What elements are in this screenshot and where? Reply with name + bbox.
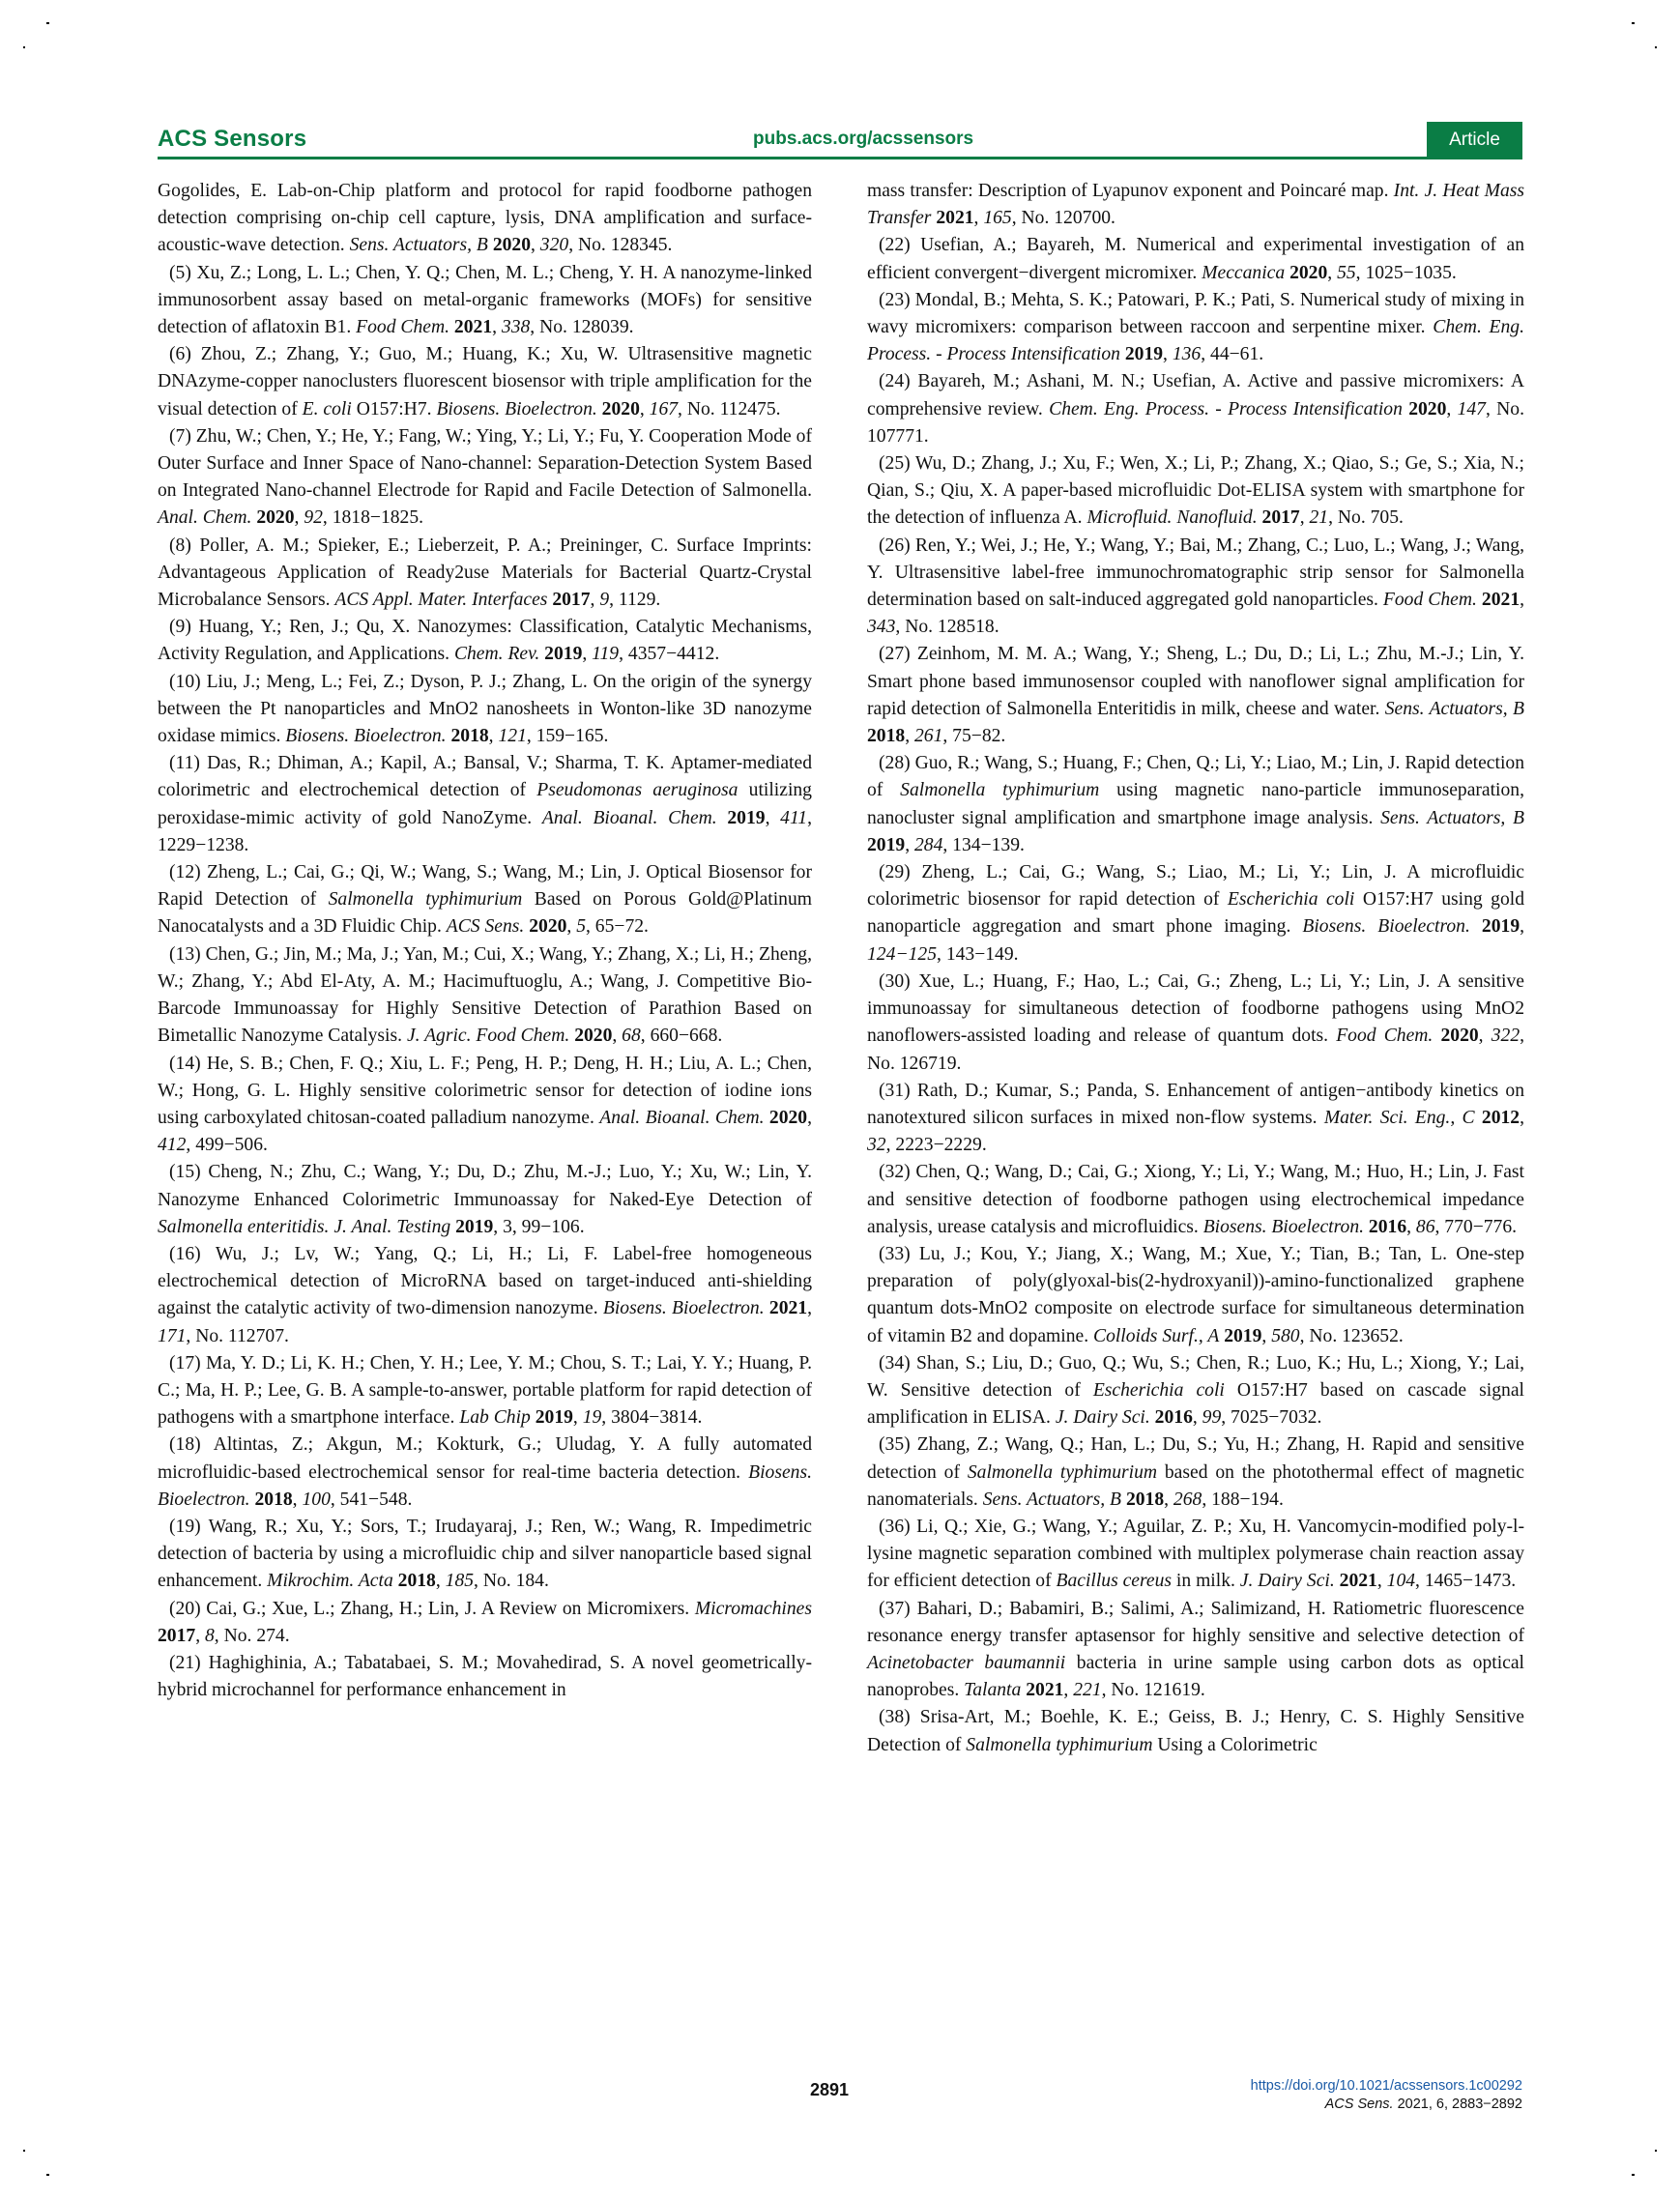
citation-line: ACS Sens. 2021, 6, 2883−2892 bbox=[1325, 2097, 1522, 2112]
bold-year: 2021 bbox=[454, 317, 492, 337]
italic-text: 21 bbox=[1310, 507, 1329, 528]
italic-text: 185 bbox=[446, 1571, 474, 1591]
reference-text bbox=[1475, 1108, 1482, 1128]
reference-text: , bbox=[492, 317, 502, 337]
italic-text: Salmonella typhimurium bbox=[968, 1462, 1157, 1483]
italic-text: 124−125 bbox=[867, 944, 937, 965]
reference-text: , No. 112707. bbox=[186, 1326, 289, 1346]
italic-text: 68 bbox=[622, 1026, 641, 1046]
reference-text: , bbox=[807, 1298, 812, 1318]
reference-text: , bbox=[1377, 1571, 1387, 1591]
reference-item: (28) Guo, R.; Wang, S.; Huang, F.; Chen,… bbox=[867, 750, 1524, 859]
reference-text: , bbox=[566, 916, 576, 937]
reference-text: , bbox=[1193, 1407, 1202, 1428]
references-left-column: Gogolides, E. Lab-on-Chip platform and p… bbox=[158, 178, 812, 1704]
bold-year: 2020 bbox=[1289, 263, 1327, 283]
journal-title: ACS Sensors bbox=[158, 126, 306, 153]
italic-text: 343 bbox=[867, 617, 895, 637]
reference-text: , No. 128345. bbox=[568, 235, 672, 255]
bold-year: 2017 bbox=[1262, 507, 1300, 528]
italic-text: 167 bbox=[650, 399, 678, 419]
italic-text: Salmonella typhimurium bbox=[966, 1735, 1152, 1755]
italic-text: 136 bbox=[1173, 344, 1201, 364]
reference-item: (18) Altintas, Z.; Akgun, M.; Kokturk, G… bbox=[158, 1432, 812, 1514]
reference-text: , 44−61. bbox=[1201, 344, 1263, 364]
reference-text: , bbox=[195, 1626, 205, 1646]
reference-text: , bbox=[573, 1407, 583, 1428]
reference-text: , bbox=[531, 235, 540, 255]
reference-item: (8) Poller, A. M.; Spieker, E.; Lieberze… bbox=[158, 533, 812, 615]
reference-item: (12) Zheng, L.; Cai, G.; Qi, W.; Wang, S… bbox=[158, 859, 812, 941]
italic-text: 320 bbox=[540, 235, 568, 255]
reference-item: (19) Wang, R.; Xu, Y.; Sors, T.; Irudaya… bbox=[158, 1514, 812, 1596]
reference-item: (21) Haghighinia, A.; Tabatabaei, S. M.;… bbox=[158, 1650, 812, 1704]
reference-item: (15) Cheng, N.; Zhu, C.; Wang, Y.; Du, D… bbox=[158, 1159, 812, 1241]
reference-text: , bbox=[1520, 590, 1524, 610]
reference-item: (7) Zhu, W.; Chen, Y.; He, Y.; Fang, W.;… bbox=[158, 423, 812, 533]
italic-text: Microfluid. Nanofluid. bbox=[1086, 507, 1257, 528]
reference-item: (34) Shan, S.; Liu, D.; Guo, Q.; Wu, S.;… bbox=[867, 1350, 1524, 1432]
bold-year: 2018 bbox=[1126, 1489, 1164, 1510]
italic-text: 99 bbox=[1202, 1407, 1222, 1428]
crop-mark bbox=[1655, 2150, 1657, 2152]
reference-text: O157:H7. bbox=[352, 399, 437, 419]
italic-text: J. Dairy Sci. bbox=[1056, 1407, 1150, 1428]
journal-site-link[interactable]: pubs.acs.org/acssensors bbox=[753, 129, 973, 150]
italic-text: Food Chem. bbox=[1383, 590, 1477, 610]
reference-text: (15) Cheng, N.; Zhu, C.; Wang, Y.; Du, D… bbox=[158, 1162, 812, 1209]
reference-text: , bbox=[612, 1026, 622, 1046]
reference-item: (25) Wu, D.; Zhang, J.; Xu, F.; Wen, X.;… bbox=[867, 450, 1524, 533]
reference-item: (26) Ren, Y.; Wei, J.; He, Y.; Wang, Y.;… bbox=[867, 533, 1524, 642]
reference-text: Using a Colorimetric bbox=[1153, 1735, 1318, 1755]
italic-text: Food Chem. bbox=[356, 317, 449, 337]
reference-text: , 2223−2229. bbox=[886, 1135, 987, 1155]
reference-item: (31) Rath, D.; Kumar, S.; Panda, S. Enha… bbox=[867, 1078, 1524, 1160]
bold-year: 2021 bbox=[769, 1298, 807, 1318]
reference-item: (27) Zeinhom, M. M. A.; Wang, Y.; Sheng,… bbox=[867, 641, 1524, 750]
italic-text: Mater. Sci. Eng., C bbox=[1324, 1108, 1475, 1128]
reference-text: , bbox=[640, 399, 650, 419]
bold-year: 2019 bbox=[1224, 1326, 1261, 1346]
italic-text: Salmonella typhimurium bbox=[329, 889, 523, 910]
bold-year: 2018 bbox=[867, 726, 905, 746]
reference-text: , bbox=[436, 1571, 446, 1591]
italic-text: Acinetobacter baumannii bbox=[867, 1653, 1065, 1673]
italic-text: Sens. Actuators, B bbox=[1385, 699, 1524, 719]
reference-continued: mass transfer: Description of Lyapunov e… bbox=[867, 178, 1524, 232]
italic-text: Biosens. Bioelectron. bbox=[1203, 1217, 1364, 1237]
reference-item: (16) Wu, J.; Lv, W.; Yang, Q.; Li, H.; L… bbox=[158, 1241, 812, 1350]
bold-year: 2012 bbox=[1482, 1108, 1520, 1128]
reference-text: , bbox=[1327, 263, 1337, 283]
italic-text: Bacillus cereus bbox=[1057, 1571, 1173, 1591]
reference-item: (9) Huang, Y.; Ren, J.; Qu, X. Nanozymes… bbox=[158, 614, 812, 668]
reference-text: , bbox=[489, 726, 499, 746]
italic-text: E. coli bbox=[303, 399, 352, 419]
reference-item: (22) Usefian, A.; Bayareh, M. Numerical … bbox=[867, 232, 1524, 286]
bold-year: 2019 bbox=[1482, 916, 1520, 937]
bold-year: 2016 bbox=[1155, 1407, 1193, 1428]
bold-year: 2021 bbox=[1340, 1571, 1377, 1591]
bold-year: 2020 bbox=[1440, 1026, 1478, 1046]
bold-year: 2017 bbox=[158, 1626, 195, 1646]
bold-year: 2018 bbox=[398, 1571, 436, 1591]
italic-text: 171 bbox=[158, 1326, 186, 1346]
reference-text: , No. 123652. bbox=[1300, 1326, 1404, 1346]
italic-text: 268 bbox=[1173, 1489, 1202, 1510]
italic-text: Colloids Surf., A bbox=[1093, 1326, 1219, 1346]
reference-text: , 3804−3814. bbox=[601, 1407, 702, 1428]
reference-text: , No. 184. bbox=[474, 1571, 549, 1591]
reference-text: in milk. bbox=[1172, 1571, 1240, 1591]
italic-text: Anal. Bioanal. Chem. bbox=[599, 1108, 764, 1128]
reference-item: (33) Lu, J.; Kou, Y.; Jiang, X.; Wang, M… bbox=[867, 1241, 1524, 1350]
reference-item: (36) Li, Q.; Xie, G.; Wang, Y.; Aguilar,… bbox=[867, 1514, 1524, 1596]
reference-text: , bbox=[974, 208, 984, 228]
italic-text: Salmonella typhimurium bbox=[900, 780, 1099, 800]
crop-mark bbox=[1655, 46, 1657, 48]
reference-item: (37) Bahari, D.; Babamiri, B.; Salimi, A… bbox=[867, 1596, 1524, 1705]
bold-year: 2019 bbox=[455, 1217, 493, 1237]
reference-item: (11) Das, R.; Dhiman, A.; Kapil, A.; Ban… bbox=[158, 750, 812, 859]
reference-text: , 143−149. bbox=[937, 944, 1019, 965]
italic-text: Anal. Chem. bbox=[158, 507, 251, 528]
reference-text: , 75−82. bbox=[942, 726, 1005, 746]
italic-text: 5 bbox=[576, 916, 586, 937]
reference-item: (29) Zheng, L.; Cai, G.; Wang, S.; Liao,… bbox=[867, 859, 1524, 969]
italic-text: J. Anal. Testing bbox=[333, 1217, 450, 1237]
reference-text: , bbox=[591, 590, 600, 610]
bold-year: 2020 bbox=[602, 399, 640, 419]
reference-text: , bbox=[905, 835, 914, 855]
italic-text: Biosens. Bioelectron. bbox=[1302, 916, 1469, 937]
reference-text: (37) Bahari, D.; Babamiri, B.; Salimi, A… bbox=[867, 1599, 1524, 1646]
reference-item: (5) Xu, Z.; Long, L. L.; Chen, Y. Q.; Ch… bbox=[158, 260, 812, 342]
italic-text: Chem. Eng. Process. - Process Intensific… bbox=[1049, 399, 1403, 419]
reference-text: , bbox=[582, 644, 592, 664]
bold-year: 2019 bbox=[727, 808, 765, 828]
italic-text: 580 bbox=[1271, 1326, 1299, 1346]
reference-text: , bbox=[1446, 399, 1457, 419]
crop-mark bbox=[1632, 2174, 1635, 2176]
italic-text: 322 bbox=[1492, 1026, 1520, 1046]
reference-text: , No. 112475. bbox=[678, 399, 781, 419]
italic-text: 165 bbox=[983, 208, 1011, 228]
reference-text: , bbox=[1300, 507, 1310, 528]
reference-text: , 660−668. bbox=[641, 1026, 723, 1046]
reference-text: , bbox=[1520, 1108, 1524, 1128]
italic-text: 32 bbox=[867, 1135, 886, 1155]
bold-year: 2020 bbox=[769, 1108, 807, 1128]
italic-text: 86 bbox=[1416, 1217, 1435, 1237]
reference-text: , 770−776. bbox=[1435, 1217, 1518, 1237]
bold-year: 2021 bbox=[1026, 1680, 1063, 1700]
bold-year: 2020 bbox=[574, 1026, 612, 1046]
italic-text: 284 bbox=[914, 835, 942, 855]
reference-text: , 65−72. bbox=[586, 916, 649, 937]
reference-text: , 4357−4412. bbox=[619, 644, 719, 664]
reference-item: (6) Zhou, Z.; Zhang, Y.; Guo, M.; Huang,… bbox=[158, 341, 812, 423]
reference-text: (20) Cai, G.; Xue, L.; Zhang, H.; Lin, J… bbox=[169, 1599, 695, 1619]
reference-text: , bbox=[1406, 1217, 1416, 1237]
crop-mark bbox=[1632, 22, 1635, 24]
reference-item: (17) Ma, Y. D.; Li, K. H.; Chen, Y. H.; … bbox=[158, 1350, 812, 1432]
reference-text: , 134−139. bbox=[942, 835, 1025, 855]
crop-mark bbox=[46, 2174, 49, 2176]
reference-text: , bbox=[1479, 1026, 1492, 1046]
crop-mark bbox=[23, 2150, 25, 2152]
references-right-column: mass transfer: Description of Lyapunov e… bbox=[867, 178, 1524, 1759]
reference-item: (38) Srisa-Art, M.; Boehle, K. E.; Geiss… bbox=[867, 1704, 1524, 1758]
reference-text: , 541−548. bbox=[331, 1489, 413, 1510]
italic-text: 121 bbox=[498, 726, 526, 746]
reference-item: (13) Chen, G.; Jin, M.; Ma, J.; Yan, M.;… bbox=[158, 941, 812, 1051]
reference-text: , bbox=[905, 726, 914, 746]
italic-text: Biosens. Bioelectron. bbox=[285, 726, 446, 746]
italic-text: 411 bbox=[780, 808, 807, 828]
reference-text: (23) Mondal, B.; Mehta, S. K.; Patowari,… bbox=[867, 290, 1524, 337]
italic-text: Biosens. Bioelectron. bbox=[603, 1298, 765, 1318]
italic-text: 9 bbox=[599, 590, 609, 610]
citation-journal: ACS Sens. bbox=[1325, 2097, 1394, 2112]
bold-year: 2019 bbox=[1125, 344, 1163, 364]
crop-mark bbox=[23, 46, 25, 48]
reference-item: (30) Xue, L.; Huang, F.; Hao, L.; Cai, G… bbox=[867, 969, 1524, 1078]
reference-text: , No. 705. bbox=[1328, 507, 1404, 528]
bold-year: 2019 bbox=[544, 644, 582, 664]
bold-year: 2020 bbox=[256, 507, 294, 528]
italic-text: ACS Sens. bbox=[447, 916, 525, 937]
article-type-badge: Article bbox=[1427, 122, 1522, 157]
reference-text: , 1465−1473. bbox=[1415, 1571, 1516, 1591]
italic-text: Mikrochim. Acta bbox=[267, 1571, 393, 1591]
reference-text: , No. 128039. bbox=[530, 317, 633, 337]
italic-text: Biosens. Bioelectron. bbox=[436, 399, 596, 419]
reference-text: , 1025−1035. bbox=[1356, 263, 1457, 283]
italic-text: Lab Chip bbox=[459, 1407, 531, 1428]
italic-text: 412 bbox=[158, 1135, 186, 1155]
italic-text: Meccanica bbox=[1202, 263, 1285, 283]
bold-year: 2019 bbox=[867, 835, 905, 855]
reference-text: , No. 121619. bbox=[1102, 1680, 1205, 1700]
reference-text: , No. 128518. bbox=[895, 617, 999, 637]
italic-text: 261 bbox=[914, 726, 942, 746]
reference-text: , 3, 99−106. bbox=[493, 1217, 584, 1237]
italic-text: Sens. Actuators, B bbox=[1380, 808, 1524, 828]
bold-year: 2021 bbox=[1482, 590, 1520, 610]
bold-year: 2021 bbox=[936, 208, 973, 228]
bold-year: 2018 bbox=[450, 726, 488, 746]
italic-text: Food Chem. bbox=[1336, 1026, 1433, 1046]
italic-text: Sens. Actuators, B bbox=[983, 1489, 1121, 1510]
crop-mark bbox=[46, 22, 49, 24]
reference-text: , bbox=[807, 1108, 812, 1128]
bold-year: 2019 bbox=[536, 1407, 573, 1428]
bold-year: 2016 bbox=[1369, 1217, 1406, 1237]
italic-text: Chem. Rev. bbox=[454, 644, 539, 664]
reference-text: , bbox=[1261, 1326, 1271, 1346]
italic-text: 338 bbox=[502, 317, 530, 337]
reference-text: , 1818−1825. bbox=[323, 507, 423, 528]
reference-text: , 188−194. bbox=[1202, 1489, 1284, 1510]
doi-link[interactable]: https://doi.org/10.1021/acssensors.1c002… bbox=[1251, 2078, 1522, 2094]
reference-text: (21) Haghighinia, A.; Tabatabaei, S. M.;… bbox=[158, 1653, 812, 1700]
italic-text: 55 bbox=[1337, 263, 1356, 283]
reference-text: (18) Altintas, Z.; Akgun, M.; Kokturk, G… bbox=[158, 1434, 812, 1482]
italic-text: Escherichia coli bbox=[1228, 889, 1354, 910]
italic-text: 147 bbox=[1458, 399, 1486, 419]
bold-year: 2018 bbox=[254, 1489, 292, 1510]
italic-text: 8 bbox=[205, 1626, 215, 1646]
bold-year: 2020 bbox=[1408, 399, 1446, 419]
italic-text: ACS Appl. Mater. Interfaces bbox=[334, 590, 547, 610]
reference-text: , bbox=[295, 507, 304, 528]
reference-text: mass transfer: Description of Lyapunov e… bbox=[867, 181, 1394, 201]
reference-text: , bbox=[1163, 344, 1173, 364]
citation-details: 2021, 6, 2883−2892 bbox=[1394, 2097, 1522, 2112]
running-header: ACS Sensors pubs.acs.org/acssensors Arti… bbox=[158, 126, 1522, 159]
bold-year: 2020 bbox=[493, 235, 531, 255]
reference-text: , bbox=[766, 808, 781, 828]
italic-text: Talanta bbox=[964, 1680, 1021, 1700]
reference-item: (20) Cai, G.; Xue, L.; Zhang, H.; Lin, J… bbox=[158, 1596, 812, 1650]
reference-text: , 1129. bbox=[609, 590, 660, 610]
italic-text: J. Agric. Food Chem. bbox=[407, 1026, 569, 1046]
italic-text: 19 bbox=[583, 1407, 602, 1428]
italic-text: 119 bbox=[592, 644, 619, 664]
reference-text: , bbox=[1520, 916, 1524, 937]
reference-text: (7) Zhu, W.; Chen, Y.; He, Y.; Fang, W.;… bbox=[158, 426, 812, 501]
italic-text: 104 bbox=[1387, 1571, 1415, 1591]
italic-text: 221 bbox=[1073, 1680, 1101, 1700]
reference-text: , bbox=[1164, 1489, 1173, 1510]
italic-text: J. Dairy Sci. bbox=[1240, 1571, 1335, 1591]
italic-text: Pseudomonas aeruginosa bbox=[536, 780, 738, 800]
italic-text: 92 bbox=[304, 507, 323, 528]
italic-text: Sens. Actuators, B bbox=[350, 235, 488, 255]
reference-item: (14) He, S. B.; Chen, F. Q.; Xiu, L. F.;… bbox=[158, 1051, 812, 1160]
bold-year: 2017 bbox=[552, 590, 590, 610]
italic-text: Salmonella enteritidis. bbox=[158, 1217, 329, 1237]
reference-item: (23) Mondal, B.; Mehta, S. K.; Patowari,… bbox=[867, 287, 1524, 369]
reference-continued: Gogolides, E. Lab-on-Chip platform and p… bbox=[158, 178, 812, 260]
reference-text: , bbox=[293, 1489, 303, 1510]
bold-year: 2020 bbox=[529, 916, 566, 937]
reference-text: , 7025−7032. bbox=[1221, 1407, 1321, 1428]
reference-text: , No. 120700. bbox=[1012, 208, 1115, 228]
reference-text: , 159−165. bbox=[527, 726, 609, 746]
reference-text bbox=[717, 808, 728, 828]
italic-text: Escherichia coli bbox=[1093, 1380, 1225, 1401]
italic-text: Micromachines bbox=[695, 1599, 812, 1619]
reference-text: , 499−506. bbox=[186, 1135, 268, 1155]
reference-item: (10) Liu, J.; Meng, L.; Fei, Z.; Dyson, … bbox=[158, 669, 812, 751]
page-number: 2891 bbox=[810, 2080, 849, 2100]
reference-item: (24) Bayareh, M.; Ashani, M. N.; Usefian… bbox=[867, 368, 1524, 450]
reference-item: (35) Zhang, Z.; Wang, Q.; Han, L.; Du, S… bbox=[867, 1432, 1524, 1514]
reference-text: , bbox=[1063, 1680, 1073, 1700]
reference-item: (32) Chen, Q.; Wang, D.; Cai, G.; Xiong,… bbox=[867, 1159, 1524, 1241]
reference-text: , No. 274. bbox=[215, 1626, 290, 1646]
italic-text: 100 bbox=[302, 1489, 330, 1510]
italic-text: Anal. Bioanal. Chem. bbox=[542, 808, 717, 828]
reference-text bbox=[1470, 916, 1482, 937]
